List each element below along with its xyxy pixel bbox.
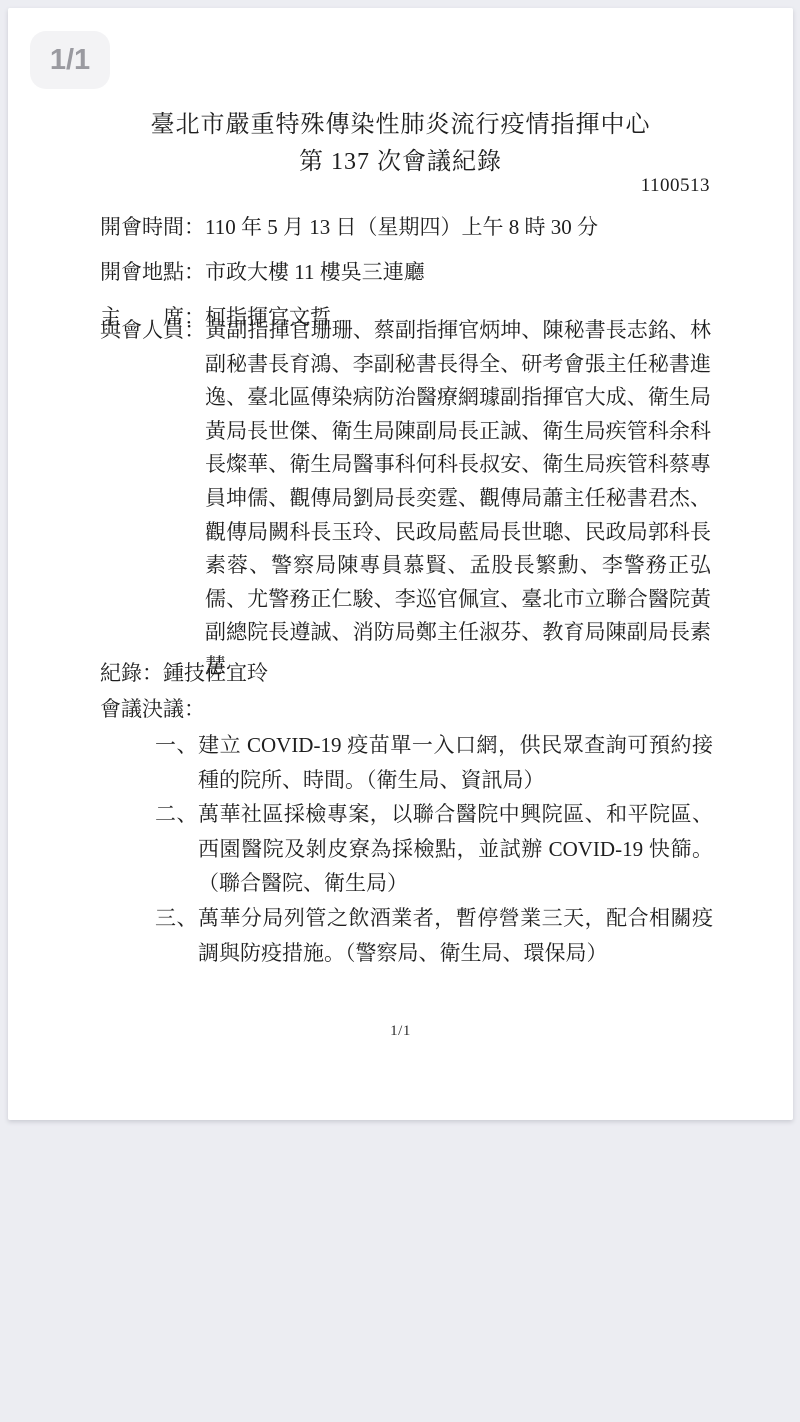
- resolution-3-text: 萬華分局列管之飲酒業者，暫停營業三天，配合相關疫調與防疫措施。（警察局、衛生局、…: [198, 906, 713, 965]
- resolution-3-number: 三、: [155, 906, 198, 930]
- document-title-line2: 第 137 次會議紀錄: [8, 141, 793, 176]
- resolution-1-number: 一、: [155, 733, 198, 757]
- meeting-time-label: 開會時間：: [100, 215, 205, 239]
- meeting-time-value: 110 年 5 月 13 日（星期四）上午 8 時 30 分: [205, 215, 598, 239]
- attendees-label: 與會人員：: [100, 318, 205, 342]
- viewer-background: 臺北市嚴重特殊傳染性肺炎流行疫情指揮中心 第 137 次會議紀錄 1100513…: [0, 0, 800, 1422]
- meeting-place-label: 開會地點：: [100, 260, 205, 284]
- meeting-place-row: 開會地點：市政大樓 11 樓吳三連廳: [100, 250, 723, 295]
- page-indicator-badge: 1/1: [30, 31, 110, 89]
- attendees-paragraph: 與會人員：黃副指揮官珊珊、蔡副指揮官炳坤、陳秘書長志銘、林副秘書長育鴻、李副秘書…: [8, 314, 793, 684]
- meeting-place-value: 市政大樓 11 樓吳三連廳: [205, 260, 425, 284]
- recorder-name: 鍾技佐宜玲: [163, 661, 268, 685]
- recorder-label: 紀錄：: [100, 661, 163, 685]
- recorder-row: 紀錄：鍾技佐宜玲: [100, 657, 268, 687]
- document-title-line1: 臺北市嚴重特殊傳染性肺炎流行疫情指揮中心: [8, 104, 793, 139]
- resolution-2-number: 二、: [155, 802, 198, 826]
- page-footer-number: 1/1: [8, 1023, 793, 1040]
- resolution-item-2: 二、萬華社區採檢專案，以聯合醫院中興院區、和平院區、西園醫院及剝皮寮為採檢點，並…: [198, 797, 713, 901]
- resolutions-heading: 會議決議：: [100, 693, 205, 723]
- resolutions-list: 一、建立 COVID-19 疫苗單一入口網，供民眾查詢可預約接種的院所、時間。（…: [8, 728, 793, 970]
- resolution-1-text: 建立 COVID-19 疫苗單一入口網，供民眾查詢可預約接種的院所、時間。（衛生…: [198, 733, 713, 792]
- resolution-2-text: 萬華社區採檢專案，以聯合醫院中興院區、和平院區、西園醫院及剝皮寮為採檢點，並試辦…: [198, 802, 713, 895]
- resolution-item-3: 三、萬華分局列管之飲酒業者，暫停營業三天，配合相關疫調與防疫措施。（警察局、衛生…: [198, 901, 713, 970]
- meeting-time-row: 開會時間：110 年 5 月 13 日（星期四）上午 8 時 30 分: [100, 205, 723, 250]
- attendees-list: 黃副指揮官珊珊、蔡副指揮官炳坤、陳秘書長志銘、林副秘書長育鴻、李副秘書長得全、研…: [205, 318, 711, 678]
- document-page: 臺北市嚴重特殊傳染性肺炎流行疫情指揮中心 第 137 次會議紀錄 1100513…: [8, 8, 793, 1120]
- document-number: 1100513: [641, 175, 710, 197]
- resolution-item-1: 一、建立 COVID-19 疫苗單一入口網，供民眾查詢可預約接種的院所、時間。（…: [198, 728, 713, 797]
